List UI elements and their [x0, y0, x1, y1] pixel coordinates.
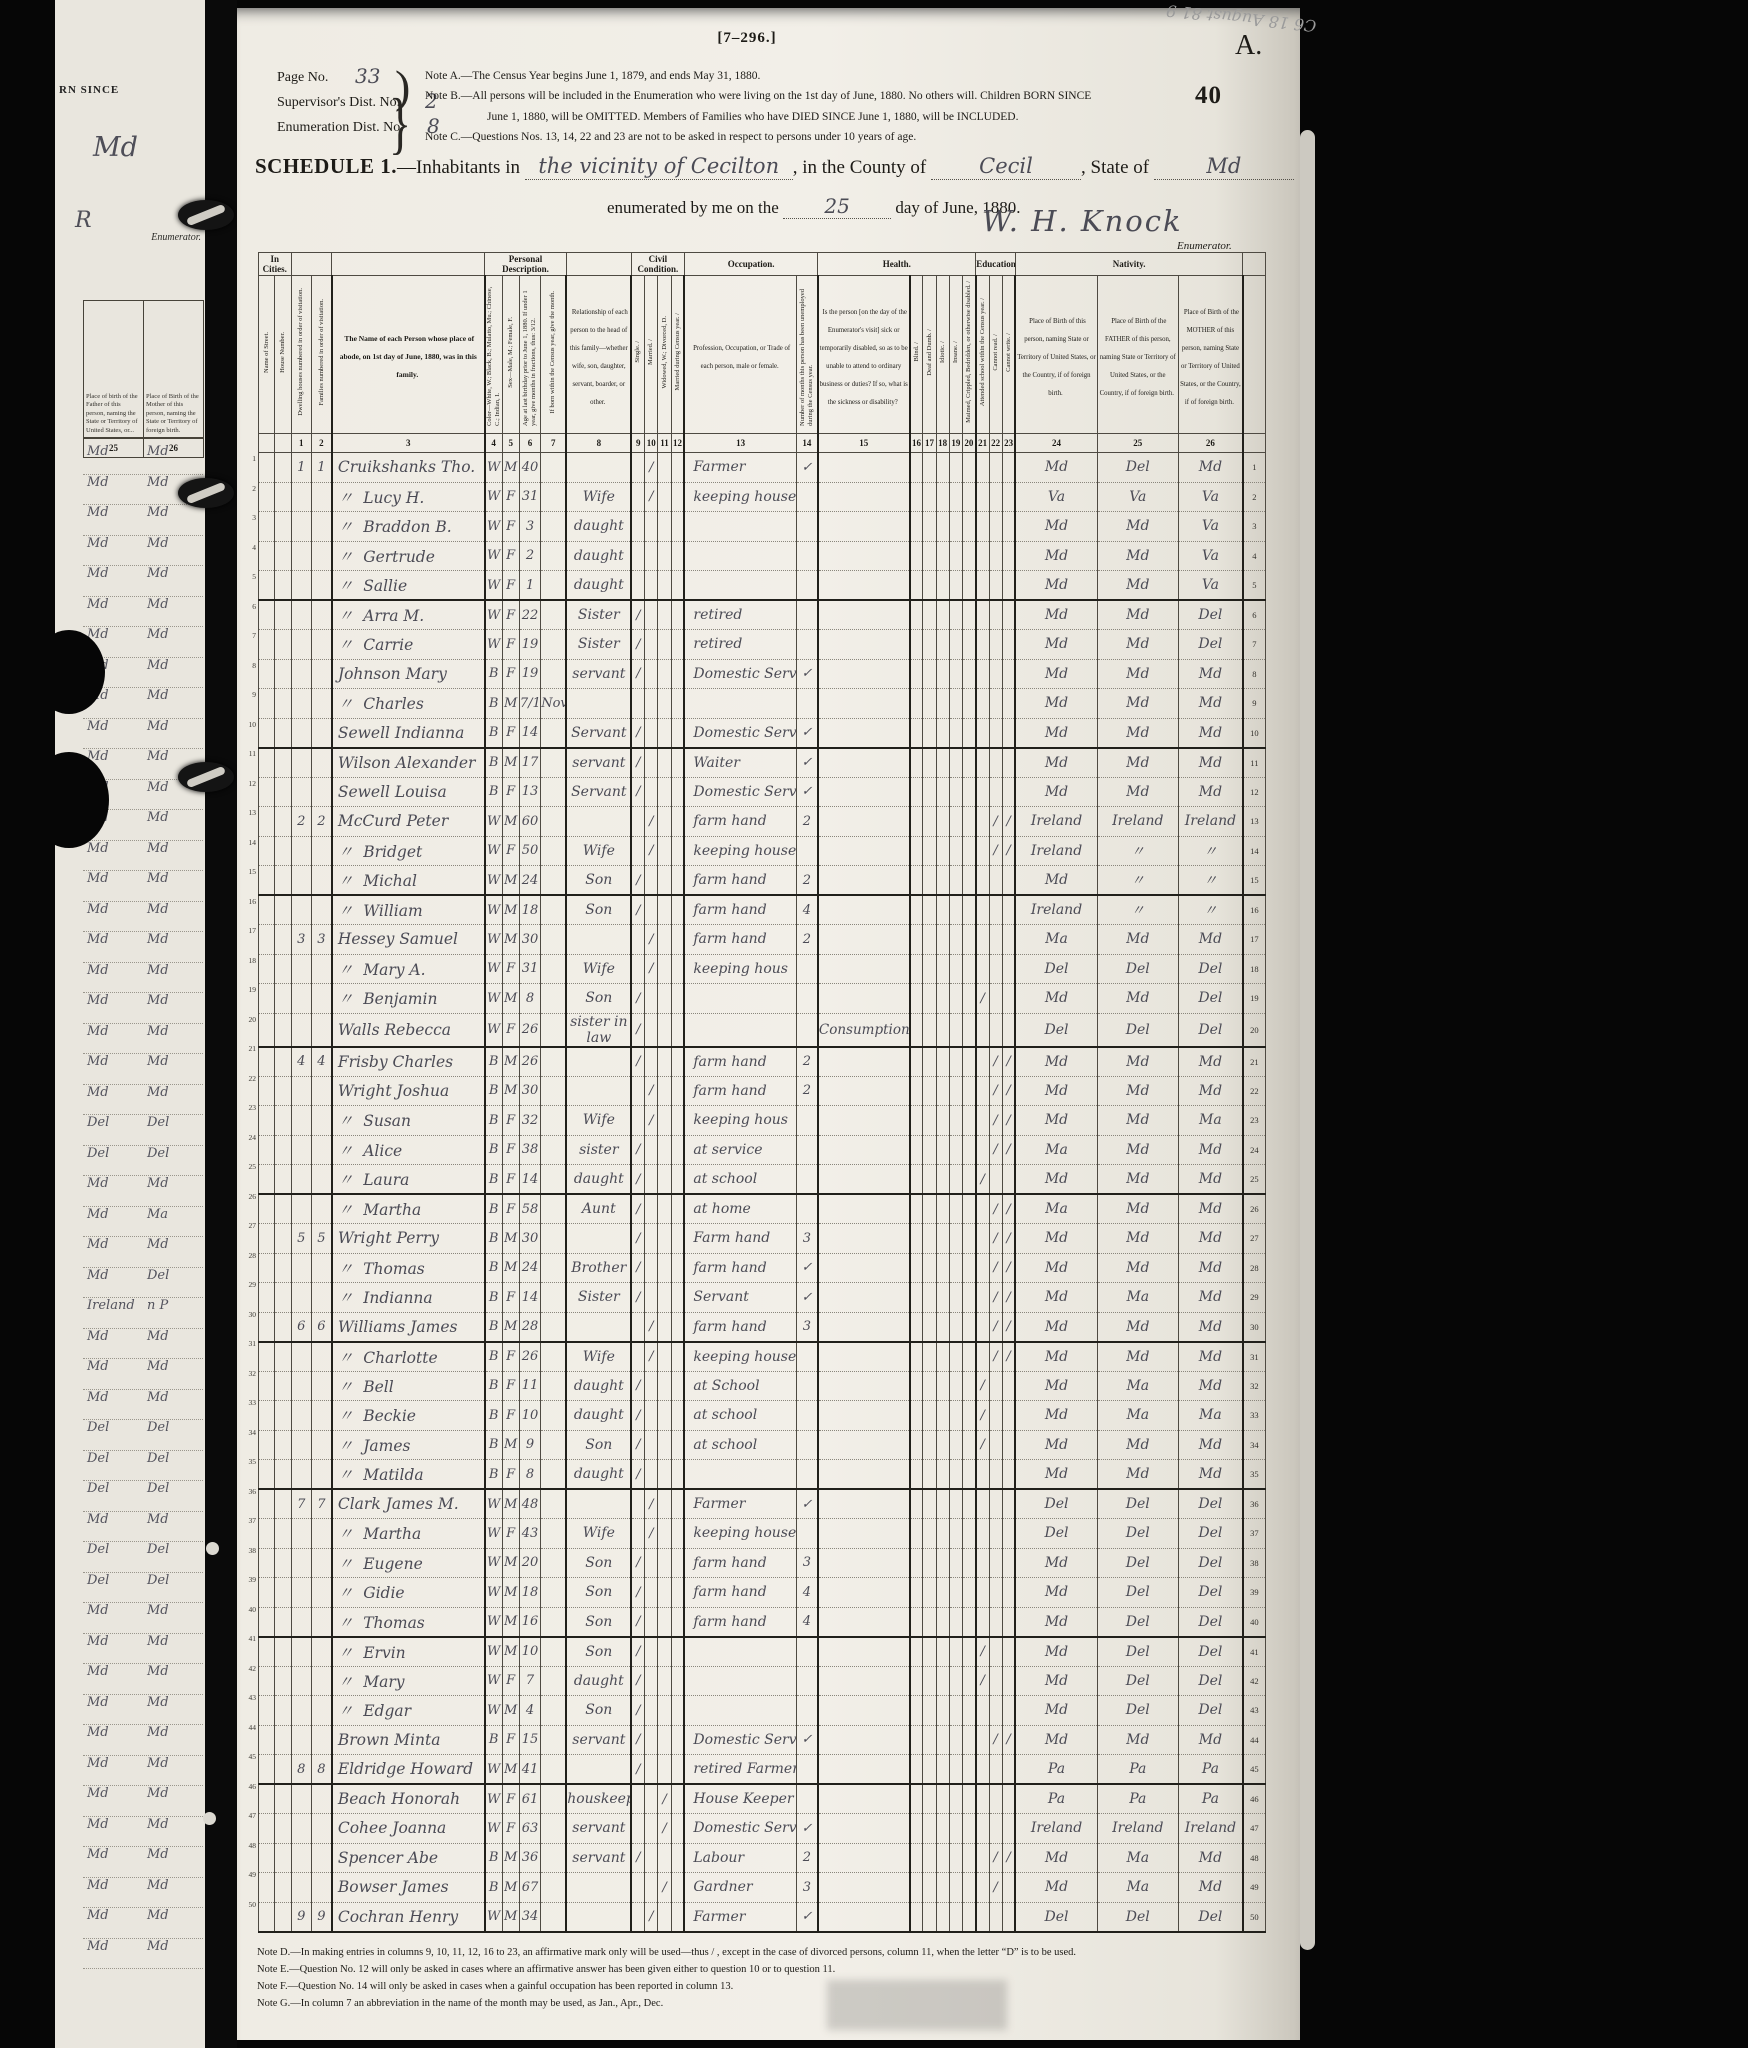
table-cell: Md	[1015, 1666, 1097, 1696]
table-row: Bowser JamesBM67/Gardner3/MdMaMd49	[259, 1873, 1266, 1903]
table-cell: Md	[1097, 1047, 1179, 1077]
table-cell	[936, 512, 949, 542]
table-cell: 30	[519, 1076, 540, 1106]
page-no-label: Page No.	[277, 70, 328, 85]
table-cell: 4	[291, 1047, 311, 1077]
gutter-row-number: 16	[242, 887, 256, 917]
table-cell: 〃	[1097, 836, 1179, 866]
table-cell	[631, 482, 644, 512]
table-cell	[275, 866, 291, 896]
fragment-birthplace-value: Md	[143, 1725, 203, 1755]
table-cell	[796, 1401, 817, 1431]
table-cell	[818, 630, 910, 660]
table-cell: 〃 Bell	[332, 1371, 485, 1401]
table-cell	[976, 1312, 989, 1342]
row-number-cell: 26	[1243, 1194, 1266, 1224]
bottom-note: Note F.—Question No. 14 will only be ask…	[257, 1978, 1257, 1995]
table-cell	[910, 512, 923, 542]
fragment-birthplace-row: MdMd	[83, 1817, 203, 1848]
table-cell: 3	[519, 512, 540, 542]
table-cell	[963, 807, 976, 837]
table-cell: Farm hand	[684, 1224, 796, 1254]
table-row: 〃 BridgetWF50Wife/keeping house//Ireland…	[259, 836, 1266, 866]
column-number: 25	[1097, 434, 1179, 453]
table-cell	[541, 1342, 566, 1372]
table-cell	[796, 1165, 817, 1195]
table-cell	[923, 659, 936, 689]
fragment-birthplace-value: Md	[143, 1329, 203, 1359]
table-cell	[936, 1548, 949, 1578]
table-cell	[989, 1637, 1002, 1667]
fragment-birthplace-value: Md	[83, 1603, 143, 1633]
fragment-birthplace-value: Del	[143, 1481, 203, 1511]
table-cell: F	[502, 571, 519, 601]
gutter-row-number: 8	[242, 651, 256, 681]
table-cell	[936, 748, 949, 778]
table-cell	[818, 807, 910, 837]
table-cell	[910, 1047, 923, 1077]
table-cell	[658, 1755, 671, 1785]
table-cell: Md	[1097, 1312, 1179, 1342]
table-cell	[541, 1106, 566, 1136]
fragment-birthplace-value: Md	[143, 1756, 203, 1786]
fragment-birthplace-value: Md	[83, 963, 143, 993]
row-number-cell: 24	[1243, 1135, 1266, 1165]
fragment-enumerator-label: Enumerator.	[151, 232, 201, 243]
table-cell	[923, 1902, 936, 1932]
table-cell: B	[485, 1873, 502, 1903]
table-cell: Md	[1179, 1135, 1243, 1165]
table-cell	[311, 1725, 331, 1755]
table-cell	[910, 1784, 923, 1814]
table-cell	[671, 807, 684, 837]
table-cell	[818, 1873, 910, 1903]
fragment-birthplace-value: Md	[83, 1664, 143, 1694]
table-cell: daught	[566, 1460, 631, 1490]
table-cell: M	[502, 1312, 519, 1342]
table-cell	[631, 1814, 644, 1844]
gutter-row-number: 46	[242, 1772, 256, 1802]
table-cell	[671, 718, 684, 748]
table-cell	[989, 1460, 1002, 1490]
table-cell	[910, 1135, 923, 1165]
table-cell	[259, 1013, 275, 1047]
table-cell: 8	[519, 984, 540, 1014]
table-cell	[1002, 1902, 1015, 1932]
table-cell: ✓	[796, 659, 817, 689]
column-header: Place of Birth of the FATHER of this per…	[1097, 276, 1179, 434]
gutter-row-number: 18	[242, 946, 256, 976]
table-cell	[291, 1076, 311, 1106]
table-cell	[631, 807, 644, 837]
table-cell: /	[989, 1873, 1002, 1903]
scanned-census-page: RN SINCE Md R Enumerator. Place of birth…	[0, 0, 1748, 2048]
table-cell: /	[1002, 1342, 1015, 1372]
fragment-birthplace-value: Md	[83, 1024, 143, 1054]
table-cell	[949, 1548, 962, 1578]
table-cell: 18	[519, 895, 540, 925]
table-cell: Md	[1179, 718, 1243, 748]
table-cell	[818, 1283, 910, 1313]
column-header: Insane. /	[949, 276, 962, 434]
table-cell	[989, 866, 1002, 896]
table-cell	[818, 866, 910, 896]
table-cell	[671, 1548, 684, 1578]
fragment-birthplace-row: MdMd	[83, 1237, 203, 1268]
table-cell	[949, 1076, 962, 1106]
row-number-cell: 50	[1243, 1902, 1266, 1932]
fragment-birthplace-row: MdMd	[83, 1786, 203, 1817]
table-cell	[936, 1253, 949, 1283]
table-cell: Servant	[684, 1283, 796, 1313]
table-cell	[963, 1519, 976, 1549]
table-cell	[949, 600, 962, 630]
table-cell	[818, 836, 910, 866]
row-number-cell: 37	[1243, 1519, 1266, 1549]
gutter-row-number: 6	[242, 592, 256, 622]
table-row: 55Wright PerryBM30/Farm hand3//MdMdMd27	[259, 1224, 1266, 1254]
table-cell	[976, 1578, 989, 1608]
table-cell	[311, 1342, 331, 1372]
table-cell: 30	[519, 925, 540, 955]
table-cell	[684, 541, 796, 571]
table-row: 33Hessey SamuelWM30/farm hand2MaMdMd17	[259, 925, 1266, 955]
table-cell: Md	[1179, 1076, 1243, 1106]
table-cell	[671, 1371, 684, 1401]
table-cell	[949, 689, 962, 719]
table-cell	[645, 1666, 658, 1696]
table-cell	[989, 1696, 1002, 1726]
table-cell	[541, 571, 566, 601]
table-cell	[1002, 512, 1015, 542]
row-number-cell: 28	[1243, 1253, 1266, 1283]
row-number-cell: 11	[1243, 748, 1266, 778]
table-cell: Son	[566, 895, 631, 925]
table-cell	[976, 689, 989, 719]
table-cell	[541, 1047, 566, 1077]
table-cell: F	[502, 1194, 519, 1224]
table-cell	[291, 1637, 311, 1667]
table-cell	[684, 1460, 796, 1490]
table-cell	[976, 1047, 989, 1077]
table-row: 〃 WilliamWM18Son/farm hand4Ireland〃〃16	[259, 895, 1266, 925]
table-cell: ✓	[796, 1814, 817, 1844]
table-cell: Wife	[566, 482, 631, 512]
table-cell: W	[485, 836, 502, 866]
table-row: Brown MintaBF15servant/Domestic Servant✓…	[259, 1725, 1266, 1755]
table-cell: /	[976, 1401, 989, 1431]
table-cell	[936, 659, 949, 689]
column-number	[259, 434, 275, 453]
table-cell	[923, 1371, 936, 1401]
table-cell	[989, 1607, 1002, 1637]
table-cell: /	[631, 1283, 644, 1313]
table-row: 〃 ErvinWM10Son//MdDelDel41	[259, 1637, 1266, 1667]
table-cell	[658, 1135, 671, 1165]
table-cell: Ma	[1097, 1371, 1179, 1401]
table-cell	[671, 1135, 684, 1165]
table-cell	[259, 1548, 275, 1578]
table-cell	[949, 1607, 962, 1637]
table-cell	[923, 512, 936, 542]
table-cell: Md	[1097, 1253, 1179, 1283]
table-cell: Md	[1015, 1696, 1097, 1726]
table-cell	[923, 718, 936, 748]
table-cell	[976, 1519, 989, 1549]
table-cell: 14	[519, 718, 540, 748]
table-cell: /	[976, 1165, 989, 1195]
table-cell: 〃	[1097, 866, 1179, 896]
table-cell	[936, 1371, 949, 1401]
table-cell	[923, 895, 936, 925]
table-cell	[631, 1342, 644, 1372]
table-cell	[923, 1047, 936, 1077]
gutter-row-number: 17	[242, 916, 256, 946]
table-cell: Md	[1015, 1843, 1097, 1873]
table-cell: farm hand	[684, 925, 796, 955]
table-cell	[541, 1135, 566, 1165]
table-cell	[936, 689, 949, 719]
table-cell	[818, 1135, 910, 1165]
column-header: Number of months this person has been un…	[796, 276, 817, 434]
table-cell: M	[502, 453, 519, 483]
table-cell	[259, 571, 275, 601]
table-cell: /	[631, 895, 644, 925]
table-cell	[671, 984, 684, 1014]
table-cell	[259, 1106, 275, 1136]
table-row: 〃 IndiannaBF14Sister/Servant✓//MdMaMd29	[259, 1283, 1266, 1313]
row-number-cell: 14	[1243, 836, 1266, 866]
column-group-header: Personal Description.	[485, 253, 566, 276]
table-cell: /	[645, 807, 658, 837]
row-number-cell: 9	[1243, 689, 1266, 719]
table-cell	[936, 1784, 949, 1814]
table-cell	[311, 1637, 331, 1667]
column-header: Single. /	[631, 276, 644, 434]
table-cell: M	[502, 1607, 519, 1637]
table-cell: /	[631, 1843, 644, 1873]
table-cell: Md	[1015, 1371, 1097, 1401]
table-row: 〃 EdgarWM4Son/MdDelDel43	[259, 1696, 1266, 1726]
table-cell: Wife	[566, 1519, 631, 1549]
table-cell	[936, 600, 949, 630]
table-cell	[671, 895, 684, 925]
table-cell: /	[989, 1224, 1002, 1254]
table-cell	[818, 1666, 910, 1696]
column-header: Place of Birth of the MOTHER of this per…	[1179, 276, 1243, 434]
column-header: Sex—Male, M.; Female, F.	[502, 276, 519, 434]
table-cell	[658, 1637, 671, 1667]
table-cell	[1002, 925, 1015, 955]
table-cell	[259, 453, 275, 483]
table-cell: keeping house	[684, 836, 796, 866]
table-cell: Del	[1097, 1696, 1179, 1726]
table-cell: F	[502, 1283, 519, 1313]
table-cell	[541, 1013, 566, 1047]
table-cell	[923, 1460, 936, 1490]
table-cell: retired Farmer	[684, 1755, 796, 1785]
table-row: 〃 BenjaminWM8Son//MdMdDel19	[259, 984, 1266, 1014]
table-cell	[671, 1106, 684, 1136]
table-cell	[949, 1283, 962, 1313]
table-cell	[936, 1430, 949, 1460]
table-cell: Spencer Abe	[332, 1843, 485, 1873]
table-row: Walls RebeccaWF26sister in law/Consumpti…	[259, 1013, 1266, 1047]
table-cell	[796, 1106, 817, 1136]
table-cell	[949, 1253, 962, 1283]
table-cell	[541, 541, 566, 571]
table-cell	[910, 895, 923, 925]
table-cell	[976, 777, 989, 807]
table-cell	[818, 571, 910, 601]
table-cell	[963, 984, 976, 1014]
table-cell: 3	[796, 1312, 817, 1342]
table-cell	[989, 1784, 1002, 1814]
table-cell	[291, 895, 311, 925]
table-cell	[645, 1843, 658, 1873]
table-cell: /	[989, 1076, 1002, 1106]
table-cell	[910, 1283, 923, 1313]
table-cell: /	[1002, 1843, 1015, 1873]
column-group-header	[291, 253, 332, 276]
table-cell	[949, 836, 962, 866]
table-cell	[936, 1666, 949, 1696]
table-cell	[923, 1578, 936, 1608]
table-cell	[658, 482, 671, 512]
table-cell: Wife	[566, 954, 631, 984]
table-cell: 6	[311, 1312, 331, 1342]
table-cell: Md	[1015, 1637, 1097, 1667]
table-cell	[818, 1637, 910, 1667]
table-cell: 18	[519, 1578, 540, 1608]
row-number-cell: 20	[1243, 1013, 1266, 1047]
table-cell	[291, 1784, 311, 1814]
table-cell: farm hand	[684, 1253, 796, 1283]
table-cell	[541, 748, 566, 778]
table-cell: 4	[311, 1047, 331, 1077]
table-cell	[963, 1165, 976, 1195]
table-cell: Son	[566, 866, 631, 896]
fragment-birthplace-value: Md	[143, 1603, 203, 1633]
table-cell	[291, 1873, 311, 1903]
column-number: 10	[645, 434, 658, 453]
bottom-notes: Note D.—In making entries in columns 9, …	[257, 1944, 1257, 2012]
table-cell: Ma	[1097, 1843, 1179, 1873]
table-cell	[923, 1194, 936, 1224]
table-cell	[671, 1224, 684, 1254]
table-cell	[259, 1194, 275, 1224]
table-cell: Md	[1179, 1430, 1243, 1460]
table-cell	[645, 689, 658, 719]
fragment-birthplace-value: Md	[83, 597, 143, 627]
table-cell	[658, 954, 671, 984]
row-number-cell: 31	[1243, 1342, 1266, 1372]
gutter-row-number: 5	[242, 562, 256, 592]
table-cell: Md	[1015, 571, 1097, 601]
table-cell: F	[502, 1725, 519, 1755]
table-cell: Md	[1179, 1224, 1243, 1254]
table-cell: W	[485, 630, 502, 660]
fragment-birthplace-value: Md	[143, 1359, 203, 1389]
table-cell	[796, 836, 817, 866]
table-cell	[1002, 1637, 1015, 1667]
table-cell	[541, 630, 566, 660]
table-cell: Md	[1015, 777, 1097, 807]
table-cell: Del	[1097, 1013, 1179, 1047]
table-cell: M	[502, 1578, 519, 1608]
table-cell: /	[989, 1843, 1002, 1873]
table-cell: W	[485, 895, 502, 925]
table-cell: F	[502, 600, 519, 630]
table-cell	[936, 571, 949, 601]
table-cell: W	[485, 954, 502, 984]
table-cell	[949, 1430, 962, 1460]
table-cell: Del	[1179, 1548, 1243, 1578]
table-cell	[671, 689, 684, 719]
table-cell: /	[989, 807, 1002, 837]
table-cell	[910, 1755, 923, 1785]
table-cell: 9	[311, 1902, 331, 1932]
table-cell: Md	[1015, 866, 1097, 896]
table-cell	[936, 984, 949, 1014]
table-row: 〃 MaryWF7daught//MdDelDel42	[259, 1666, 1266, 1696]
table-row: Sewell LouisaBF13Servant/Domestic Servt✓…	[259, 777, 1266, 807]
table-cell: F	[502, 836, 519, 866]
table-cell	[910, 1873, 923, 1903]
table-cell: /	[631, 1578, 644, 1608]
table-cell	[963, 659, 976, 689]
row-number-cell: 29	[1243, 1283, 1266, 1313]
table-cell: /	[631, 1047, 644, 1077]
table-cell: F	[502, 630, 519, 660]
table-cell: /	[631, 1548, 644, 1578]
table-cell: Md	[1015, 1283, 1097, 1313]
table-cell	[275, 1519, 291, 1549]
supervisor-label: Supervisor's Dist. No.	[277, 95, 400, 110]
table-cell: Nov	[541, 689, 566, 719]
table-cell	[311, 866, 331, 896]
table-cell: M	[502, 1902, 519, 1932]
fragment-birthplace-value: Md	[83, 1786, 143, 1816]
table-cell	[949, 1902, 962, 1932]
fragment-birthplace-value: Del	[83, 1146, 143, 1176]
table-cell: Md	[1097, 541, 1179, 571]
table-cell: 〃	[1179, 866, 1243, 896]
table-cell	[923, 453, 936, 483]
table-cell	[910, 1843, 923, 1873]
table-cell	[1002, 1401, 1015, 1431]
table-cell	[566, 1224, 631, 1254]
table-cell	[541, 1371, 566, 1401]
table-cell	[631, 954, 644, 984]
table-row: 〃 MarthaBF58Aunt/at home//MaMdMd26	[259, 1194, 1266, 1224]
table-cell: 10	[519, 1401, 540, 1431]
gutter-row-number: 24	[242, 1123, 256, 1153]
table-cell	[949, 925, 962, 955]
table-cell	[949, 1106, 962, 1136]
table-row: 〃 SusanBF32Wife/keeping hous//MdMdMa23	[259, 1106, 1266, 1136]
table-cell: Aunt	[566, 1194, 631, 1224]
table-cell	[1002, 777, 1015, 807]
fragment-birthplace-value: Md	[83, 475, 143, 505]
table-cell: Wilson Alexander	[332, 748, 485, 778]
table-cell	[631, 1106, 644, 1136]
fragment-birthplace-value: Md	[143, 1634, 203, 1664]
row-number-cell: 3	[1243, 512, 1266, 542]
torn-paper-blob	[29, 752, 109, 848]
table-cell	[936, 1519, 949, 1549]
table-cell: 19	[519, 630, 540, 660]
